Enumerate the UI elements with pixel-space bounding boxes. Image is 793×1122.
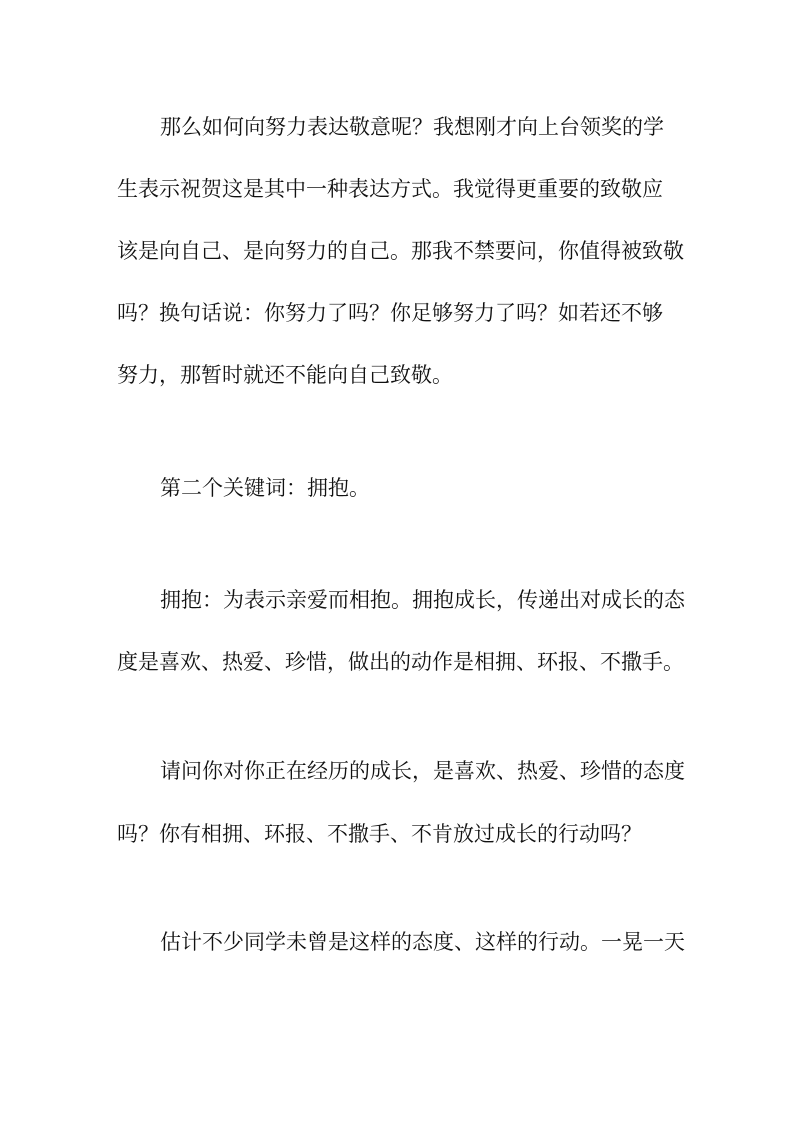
paragraph-line: 生表示祝贺这是其中一种表达方式。我觉得更重要的致敬应 bbox=[117, 175, 682, 203]
paragraph-line: 该是向自己、是向努力的自己。那我不禁要问，你值得被致敬 bbox=[117, 237, 682, 265]
paragraph-line: 那么如何向努力表达敬意呢？我想刚才向上台领奖的学 bbox=[160, 113, 682, 141]
paragraph-line: 请问你对你正在经历的成长，是喜欢、热爱、珍惜的态度 bbox=[160, 757, 682, 785]
paragraph-line: 吗？换句话说：你努力了吗？你足够努力了吗？如若还不够 bbox=[117, 299, 682, 327]
paragraph-line: 估计不少同学未曾是这样的态度、这样的行动。一晃一天 bbox=[160, 928, 682, 956]
paragraph-line: 努力，那暂时就还不能向自己致敬。 bbox=[117, 361, 682, 389]
document-page: 那么如何向努力表达敬意呢？我想刚才向上台领奖的学 生表示祝贺这是其中一种表达方式… bbox=[0, 0, 793, 1122]
paragraph-line: 拥抱：为表示亲爱而相抱。拥抱成长，传递出对成长的态 bbox=[160, 586, 682, 614]
paragraph-line: 吗？你有相拥、环报、不撒手、不肯放过成长的行动吗？ bbox=[117, 820, 682, 848]
heading-line: 第二个关键词：拥抱。 bbox=[160, 474, 682, 502]
paragraph-line: 度是喜欢、热爱、珍惜，做出的动作是相拥、环报、不撒手。 bbox=[117, 648, 682, 676]
